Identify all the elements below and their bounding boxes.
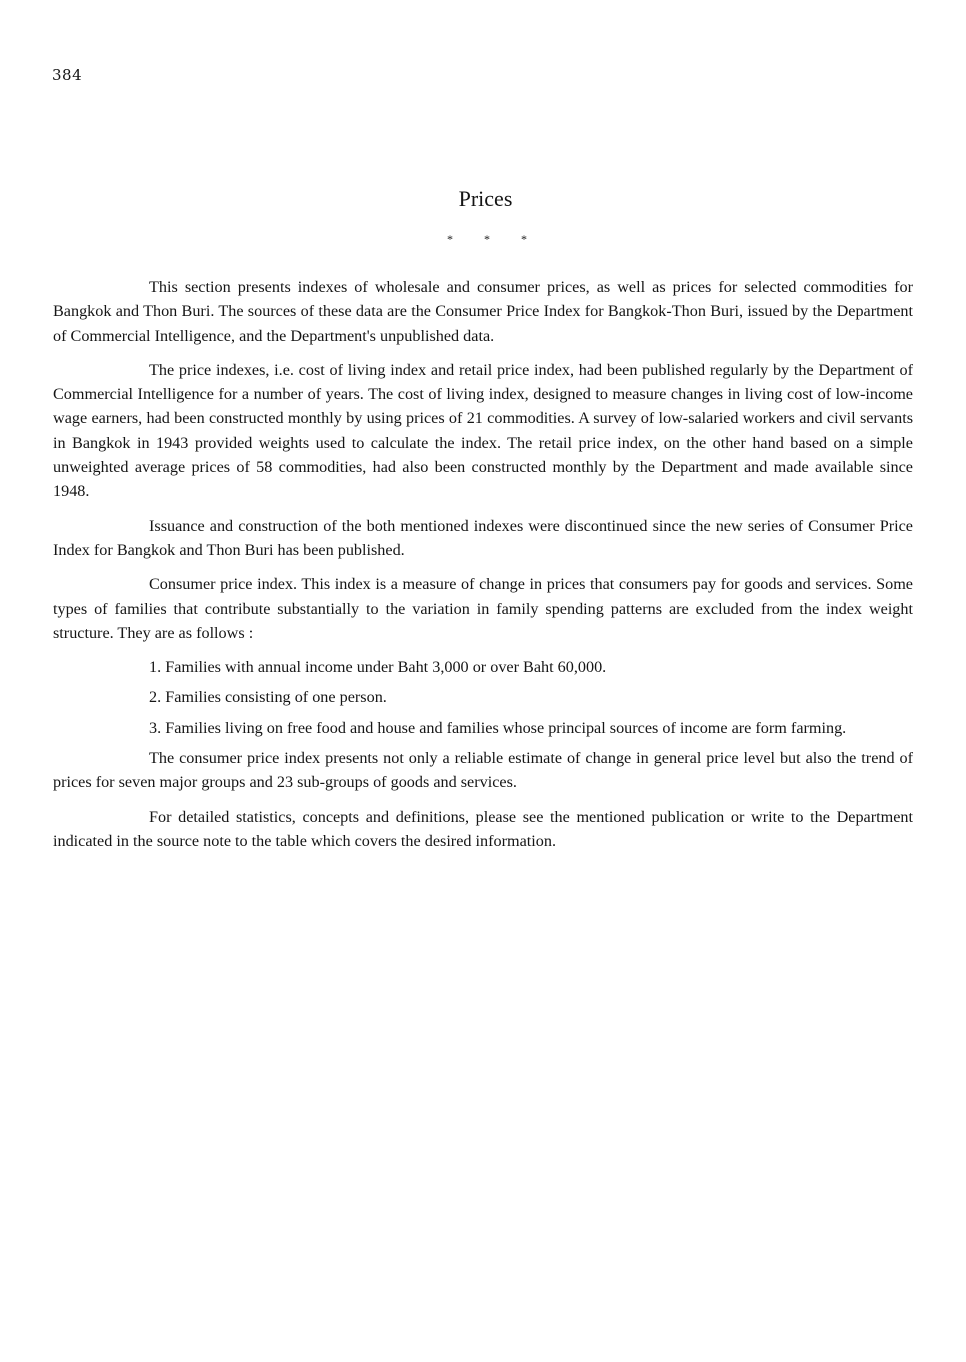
section-title: Prices <box>0 186 966 212</box>
paragraph-details: For detailed statistics, concepts and de… <box>53 805 913 854</box>
exclusion-list: 1. Families with annual income under Bah… <box>53 655 913 740</box>
page-number: 384 <box>52 66 82 84</box>
paragraph-trend: The consumer price index presents not on… <box>53 746 913 795</box>
ornament-asterisks: * * * <box>0 232 966 247</box>
paragraph-price-indexes: The price indexes, i.e. cost of living i… <box>53 358 913 504</box>
paragraph-intro: This section presents indexes of wholesa… <box>53 275 913 348</box>
paragraph-discontinued: Issuance and construction of the both me… <box>53 514 913 563</box>
exclusion-item-one-person: 2. Families consisting of one person. <box>53 685 913 709</box>
exclusion-item-income: 1. Families with annual income under Bah… <box>53 655 913 679</box>
paragraph-consumer-price-index: Consumer price index. This index is a me… <box>53 572 913 645</box>
section-body: This section presents indexes of wholesa… <box>53 275 913 863</box>
exclusion-item-farming: 3. Families living on free food and hous… <box>53 716 913 740</box>
